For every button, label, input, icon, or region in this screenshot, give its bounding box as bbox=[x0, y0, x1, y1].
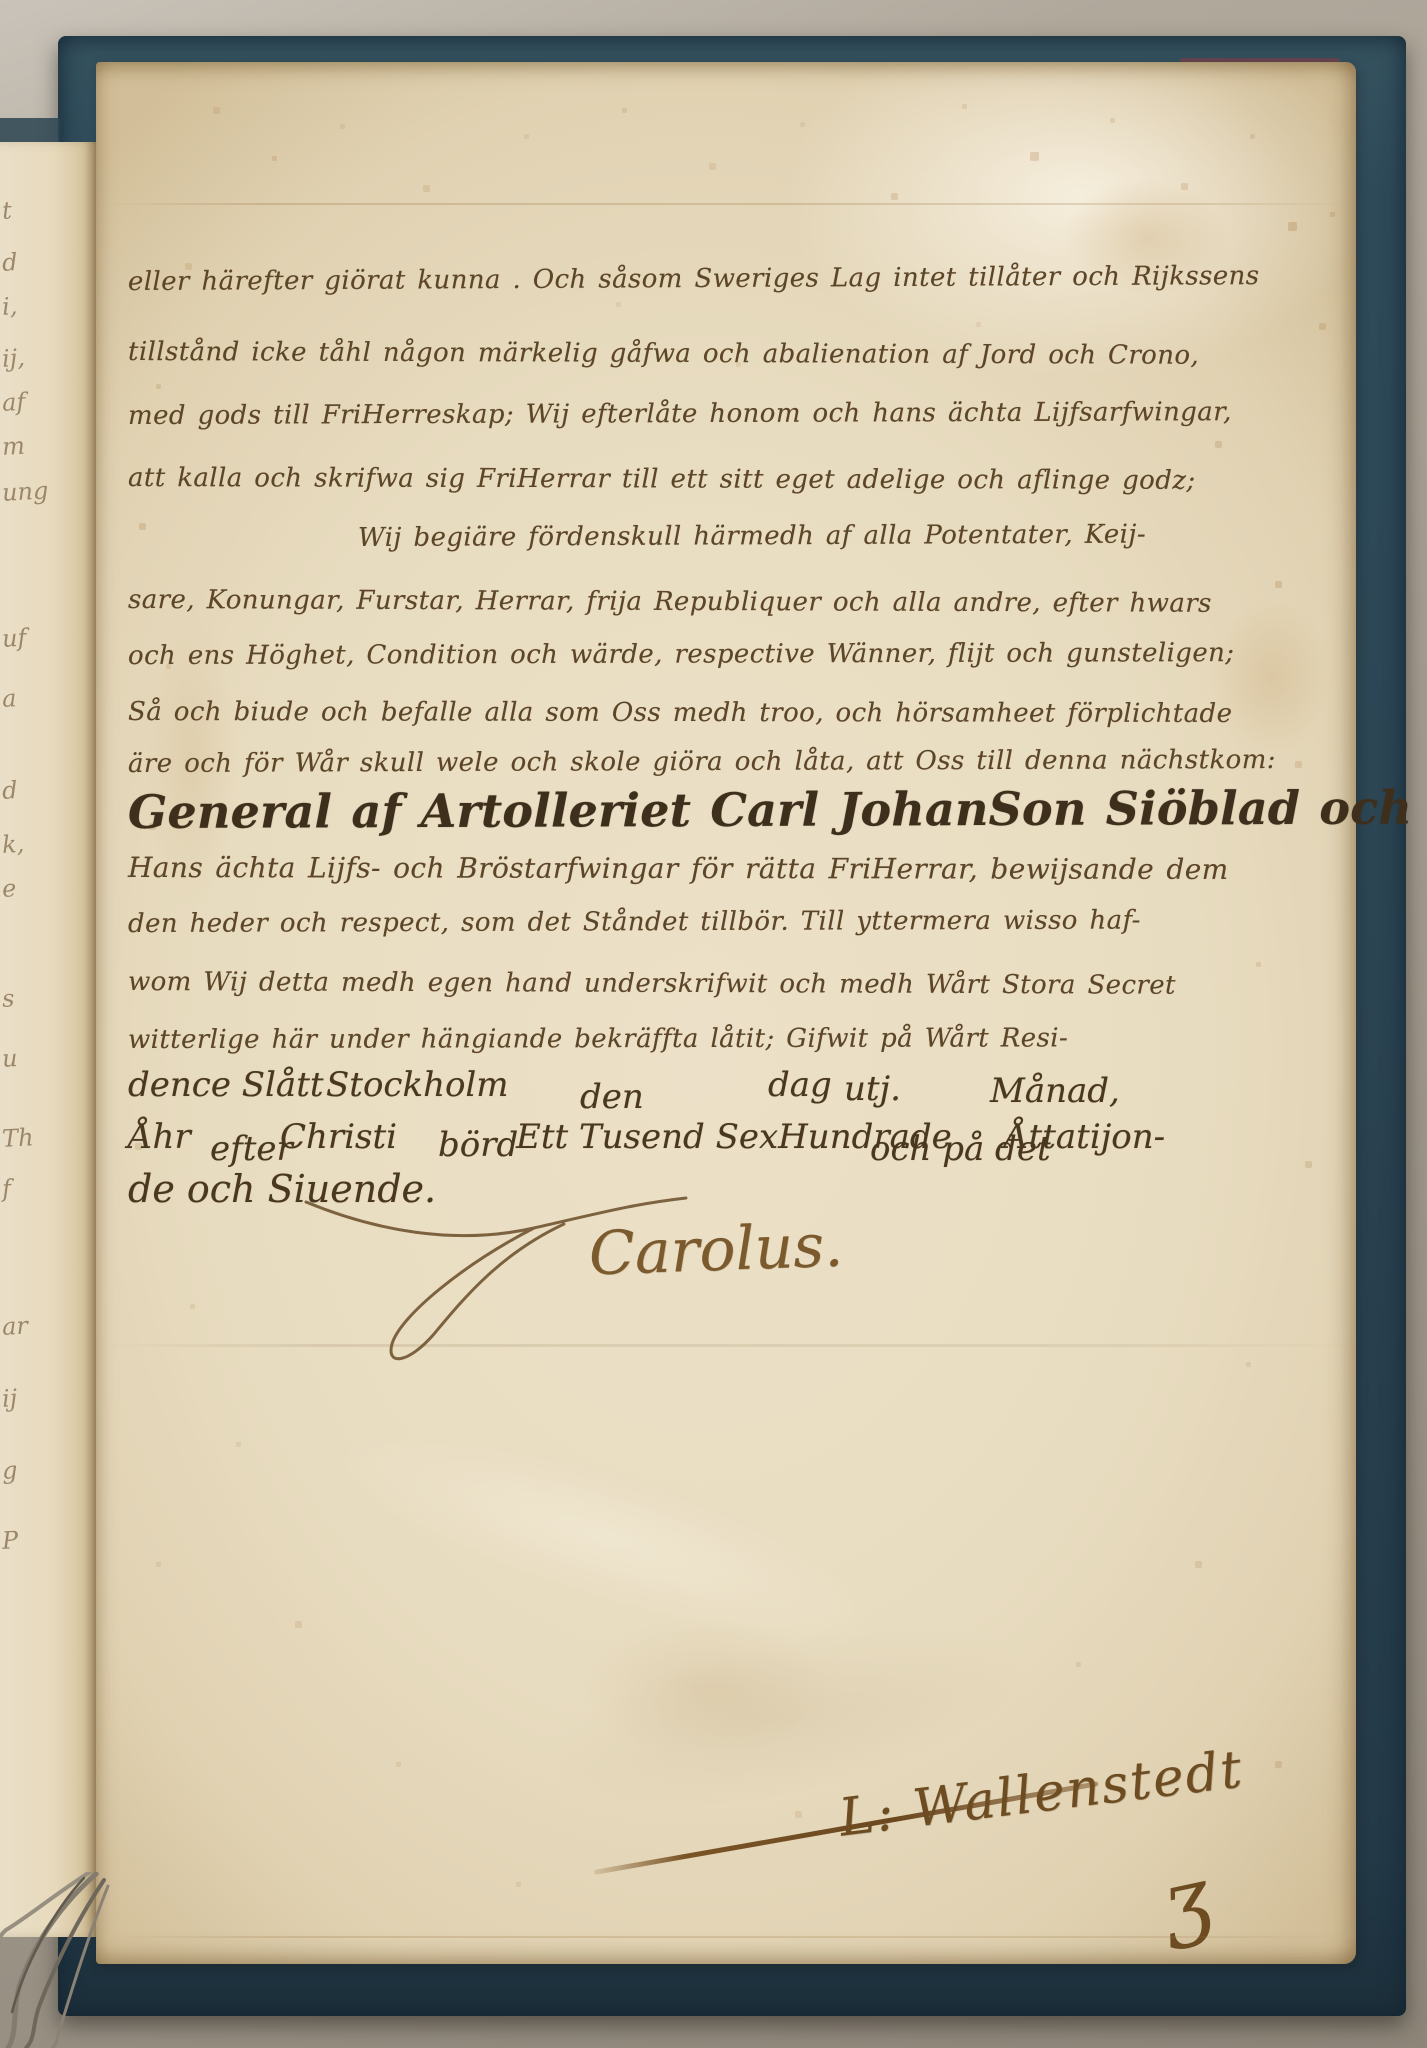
manuscript-line: Wij begiäre fördenskull härmedh af alla … bbox=[358, 521, 1146, 554]
facing-line-fragment: ar bbox=[1, 1311, 72, 1339]
day-label: den bbox=[580, 1080, 644, 1114]
facing-line-fragment: m bbox=[1, 431, 72, 459]
christi-word: Christi bbox=[280, 1120, 397, 1154]
facing-line-fragment: u bbox=[1, 1043, 72, 1071]
day-word: dag bbox=[768, 1068, 832, 1102]
manuscript-line: sare, Konungar, Furstar, Herrar, frija R… bbox=[128, 586, 1212, 620]
facing-line-fragment: s bbox=[1, 983, 72, 1011]
facing-line-fragment: k, bbox=[1, 829, 72, 857]
manuscript-line: att kalla och skrifwa sig FriHerrar till… bbox=[128, 464, 1196, 497]
facing-page-sliver: t d i, ij, af m ung uf a d k, e s u Th f… bbox=[0, 142, 97, 1937]
facing-line-fragment: Th bbox=[1, 1123, 72, 1151]
scanned-book-photo: t d i, ij, af m ung uf a d k, e s u Th f… bbox=[0, 0, 1427, 2048]
facing-line-fragment: a bbox=[1, 683, 72, 711]
stain-blotch bbox=[566, 1612, 846, 1762]
paper-crease bbox=[96, 1344, 1356, 1347]
manuscript-line: den heder och respect, som det Ståndet t… bbox=[128, 906, 1141, 939]
manuscript-page: eller härefter giörat kunna . Och såsom … bbox=[96, 62, 1356, 1964]
foxing-spots bbox=[96, 62, 97, 63]
grantee-name-line: General af Artolleriet Carl JohanSon Siö… bbox=[128, 781, 1427, 839]
manuscript-line: eller härefter giörat kunna . Och såsom … bbox=[128, 262, 1260, 298]
facing-line-fragment: g bbox=[1, 1455, 72, 1483]
year-word: Åhr bbox=[128, 1120, 191, 1154]
facing-line-fragment: P bbox=[1, 1525, 72, 1553]
manuscript-line: och ens Höghet, Condition och wärde, res… bbox=[128, 639, 1234, 672]
manuscript-line: Hans ächta Lijfs- och Bröstarfwingar för… bbox=[128, 852, 1229, 886]
binding-tassel-icon bbox=[0, 1872, 130, 2048]
facing-line-fragment: ij bbox=[1, 1383, 72, 1411]
month-word: Månad, bbox=[990, 1074, 1120, 1108]
facing-line-fragment: e bbox=[1, 873, 72, 901]
facing-line-fragment: f bbox=[1, 1173, 72, 1201]
manuscript-line: med gods till FriHerreskap; Wij efterlåt… bbox=[128, 398, 1232, 432]
eighty-word: Åttatijon- bbox=[1004, 1120, 1165, 1154]
residence-text: dence Slått bbox=[128, 1068, 324, 1102]
closing-line-row: de och Siuende. bbox=[128, 1170, 436, 1240]
facing-line-fragment: ung bbox=[1, 477, 72, 505]
facing-line-fragment: ij, bbox=[1, 343, 72, 371]
secretary-signature: L: Wallenstedt bbox=[836, 1743, 1246, 1844]
signature-paraph: ʒ bbox=[1154, 1854, 1218, 1946]
facing-line-fragment: i, bbox=[1, 291, 72, 319]
facing-line-fragment: af bbox=[1, 387, 72, 415]
facing-line-fragment: uf bbox=[1, 623, 72, 651]
manuscript-line: tillstånd icke tåhl någon märkelig gåfwa… bbox=[128, 338, 1199, 372]
facing-line-fragment: d bbox=[1, 775, 72, 803]
facing-line-fragment: d bbox=[1, 247, 72, 275]
in-word: utj. bbox=[844, 1072, 901, 1106]
facing-line-fragment: t bbox=[1, 195, 72, 223]
city-name: Stockholm bbox=[326, 1068, 509, 1102]
stain-blotch bbox=[1206, 592, 1336, 762]
manuscript-line: äre och för Wår skull wele och skole giö… bbox=[128, 746, 1276, 780]
birth-word: börd bbox=[438, 1128, 518, 1162]
manuscript-line: wom Wij detta medh egen hand underskrifw… bbox=[128, 968, 1176, 1002]
royal-signature: Carolus. bbox=[515, 1213, 917, 1287]
manuscript-line: witterlige här under hängiande bekräffta… bbox=[128, 1024, 1068, 1056]
manuscript-line: Så och biude och befalle alla som Oss me… bbox=[128, 698, 1232, 730]
